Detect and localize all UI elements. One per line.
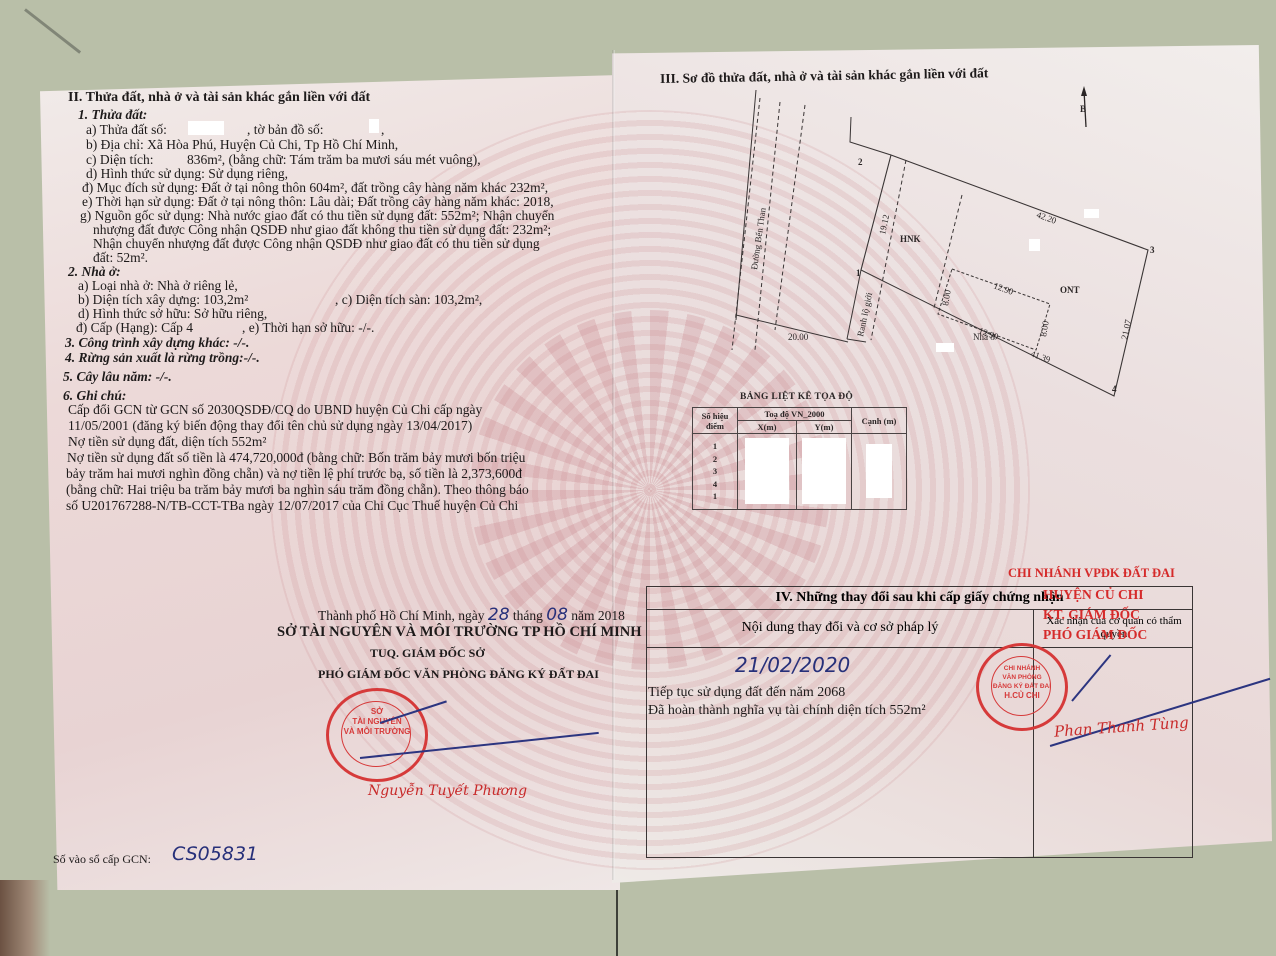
point-list: 1 2 3 4 1 [693, 434, 738, 510]
point-id: 1 [696, 440, 734, 453]
col-edge-header: Cạnh (m) [852, 408, 907, 434]
signing-month: 08 [546, 605, 568, 625]
note-line-4: Nợ tiền sử dụng đất số tiền là 474,720,0… [67, 450, 525, 465]
point-label: 1 [856, 268, 861, 278]
production-forest: 4. Rừng sản xuất là rừng trồng:-/-. [65, 350, 260, 365]
point-id: 3 [696, 465, 734, 478]
redacted-label [1029, 239, 1040, 251]
col-point-header: Số hiệu điểm [693, 408, 738, 434]
parcel-diagram: B Đường Bến Than 20.00 2 1 3 4 19.12 42.… [640, 90, 1200, 430]
map-sheet-suffix: , [381, 122, 384, 137]
boundary-label: Ranh lộ giới [855, 291, 874, 337]
house-grade: đ) Cấp (Hạng): Cấp 4 [76, 320, 193, 335]
section-ii-title: II. Thửa đất, nhà ở và tài sản khác gắn … [68, 90, 370, 105]
seal-line: CHI NHÁNH [979, 664, 1065, 673]
other-construction: 3. Công trình xây dựng khác: -/-. [65, 335, 249, 350]
issuing-agency: SỞ TÀI NGUYÊN VÀ MÔI TRƯỜNG TP HỒ CHÍ MI… [277, 625, 642, 640]
usage-term: e) Thời hạn sử dụng: Đất ở tại nông thôn… [82, 194, 554, 209]
note-line-7: số U201767288-N/TB-CCT-TBa ngày 12/07/20… [66, 498, 518, 513]
signing-year: năm 2018 [571, 608, 625, 623]
usage-origin-line-4: đất: 52m². [93, 250, 148, 265]
house-dim: 8.00 [1038, 320, 1051, 338]
on-behalf-title: TUQ. GIÁM ĐỐC SỞ [370, 646, 485, 661]
note-line-5: bảy trăm hai mươi nghìn đồng chẵn) và nợ… [66, 466, 522, 481]
house-dim: 8.00 [940, 289, 953, 307]
usage-purpose: đ) Mục đích sử dụng: Đất ở tại nông thôn… [82, 180, 548, 195]
col-x-header: X(m) [738, 421, 797, 434]
left-signer-name: Nguyễn Tuyết Phương [368, 783, 527, 799]
point-id: 2 [696, 453, 734, 466]
change-entry-line-1: Tiếp tục sử dụng đất đến năm 2068 [648, 685, 845, 700]
coord-table-title: BẢNG LIỆT KÊ TỌA ĐỘ [740, 392, 853, 402]
perennial-trees: 5. Cây lâu năm: -/-. [63, 369, 172, 384]
signing-day: 28 [488, 605, 510, 625]
house-ownership-term: , e) Thời hạn sở hữu: -/-. [242, 320, 374, 335]
left-official-seal: SỞ TÀI NGUYÊN VÀ MÔI TRƯỜNG [326, 688, 428, 782]
north-arrow-label: B [1080, 104, 1086, 114]
zone-ont: ONT [1060, 285, 1080, 295]
page-fold [612, 50, 615, 880]
point-label: 2 [858, 157, 863, 167]
note-line-3: Nợ tiền sử dụng đất, diện tích 552m² [68, 434, 266, 449]
note-line-6: (bằng chữ: Hai triệu ba trăm bảy mươi ba… [66, 482, 529, 497]
signing-place-prefix: Thành phố Hồ Chí Minh, ngày [318, 608, 485, 623]
col-content-header: Nội dung thay đổi và cơ sở pháp lý [647, 609, 1033, 647]
house-ownership: d) Hình thức sở hữu: Sở hữu riêng, [78, 306, 267, 321]
branch-stamp-line-3: KT. GIÁM ĐỐC [1043, 607, 1140, 623]
table-seam [616, 880, 618, 956]
background-scratch [24, 8, 81, 53]
redacted-map-sheet [369, 119, 379, 133]
registry-label: Số vào sổ cấp GCN: [53, 852, 151, 867]
house-floor-area: , c) Diện tích sàn: 103,2m², [335, 292, 482, 307]
signing-month-label: tháng [513, 608, 543, 623]
col-y-header: Y(m) [797, 421, 852, 434]
signing-place-date: Thành phố Hồ Chí Minh, ngày 28 tháng 08 … [318, 608, 625, 623]
land-area-label: c) Diện tích: [86, 152, 153, 167]
usage-origin-line-3: Nhận chuyển nhượng đất được Công nhận QS… [93, 236, 540, 251]
note-line-1: Cấp đổi GCN từ GCN số 2030QSDĐ/CQ do UBN… [68, 402, 482, 417]
land-area-value: 836m², (bằng chữ: Tám trăm ba mươi sáu m… [187, 152, 481, 167]
signer-position: PHÓ GIÁM ĐỐC VĂN PHÒNG ĐĂNG KÝ ĐẤT ĐAI [318, 667, 599, 682]
hand-shadow [0, 880, 50, 956]
edge-length: 20.00 [788, 332, 809, 342]
seal-line: TÀI NGUYÊN [329, 717, 425, 727]
house-type: a) Loại nhà ở: Nhà ở riêng lẻ, [78, 278, 238, 293]
branch-stamp-line-1: CHI NHÁNH VPĐK ĐẤT ĐAI [1008, 566, 1175, 581]
col-coord-header: Toạ độ VN_2000 [738, 408, 852, 421]
edge-values-redacted [852, 434, 907, 510]
house-heading: 2. Nhà ở: [68, 264, 121, 279]
redacted-label [1084, 209, 1099, 218]
y-values-redacted [797, 434, 852, 510]
edge-length: 19.12 [877, 214, 891, 236]
right-official-seal: CHI NHÁNH VĂN PHÒNG ĐĂNG KÝ ĐẤT ĐAI H.CỦ… [976, 643, 1068, 731]
branch-stamp-line-4: PHÓ GIÁM ĐỐC [1043, 627, 1147, 643]
point-id: 1 [696, 490, 734, 503]
usage-origin-line-1: g) Nguồn gốc sử dụng: Nhà nước giao đất … [80, 208, 554, 223]
zone-hnk: HNK [900, 234, 921, 244]
land-heading: 1. Thửa đất: [78, 107, 147, 122]
usage-origin-line-2: nhượng đất được Công nhận QSDĐ như giao … [93, 222, 551, 237]
change-entry-line-2: Đã hoàn thành nghĩa vụ tài chính diện tí… [648, 703, 926, 718]
point-id: 4 [696, 478, 734, 491]
note-line-2: 11/05/2001 (đăng ký biến động thay đổi t… [68, 418, 472, 433]
edge-length: 42.20 [1035, 209, 1058, 225]
point-label: 3 [1150, 245, 1155, 255]
land-address: b) Địa chỉ: Xã Hòa Phú, Huyện Củ Chi, Tp… [86, 137, 398, 152]
map-sheet-label: , tờ bản đồ số: [247, 122, 324, 137]
house-dim: 12.90 [992, 280, 1015, 296]
usage-form: d) Hình thức sử dụng: Sử dụng riêng, [86, 166, 288, 181]
branch-stamp-line-2: HUYỆN CỦ CHI [1043, 587, 1144, 603]
seal-line: VĂN PHÒNG [979, 673, 1065, 682]
point-label: 4 [1112, 384, 1117, 394]
notes-heading: 6. Ghi chú: [63, 388, 126, 403]
registry-number: CS05831 [172, 843, 258, 865]
seal-line: VÀ MÔI TRƯỜNG [329, 727, 425, 737]
edge-length: 21.07 [1119, 318, 1133, 340]
seal-line: ĐĂNG KÝ ĐẤT ĐAI [979, 682, 1065, 691]
parcel-number-label: a) Thửa đất số: [86, 122, 167, 137]
edge-length: 41.39 [1029, 348, 1052, 364]
house-built-area: b) Diện tích xây dựng: 103,2m² [78, 292, 248, 307]
seal-line: H.CỦ CHI [979, 691, 1065, 700]
road-label: Đường Bến Than [749, 207, 768, 271]
redacted-parcel-number [188, 121, 224, 135]
x-values-redacted [738, 434, 797, 510]
coordinate-table: Số hiệu điểm Toạ độ VN_2000 Cạnh (m) X(m… [692, 407, 907, 510]
redacted-label [936, 343, 954, 352]
change-entry-date: 21/02/2020 [735, 653, 850, 677]
